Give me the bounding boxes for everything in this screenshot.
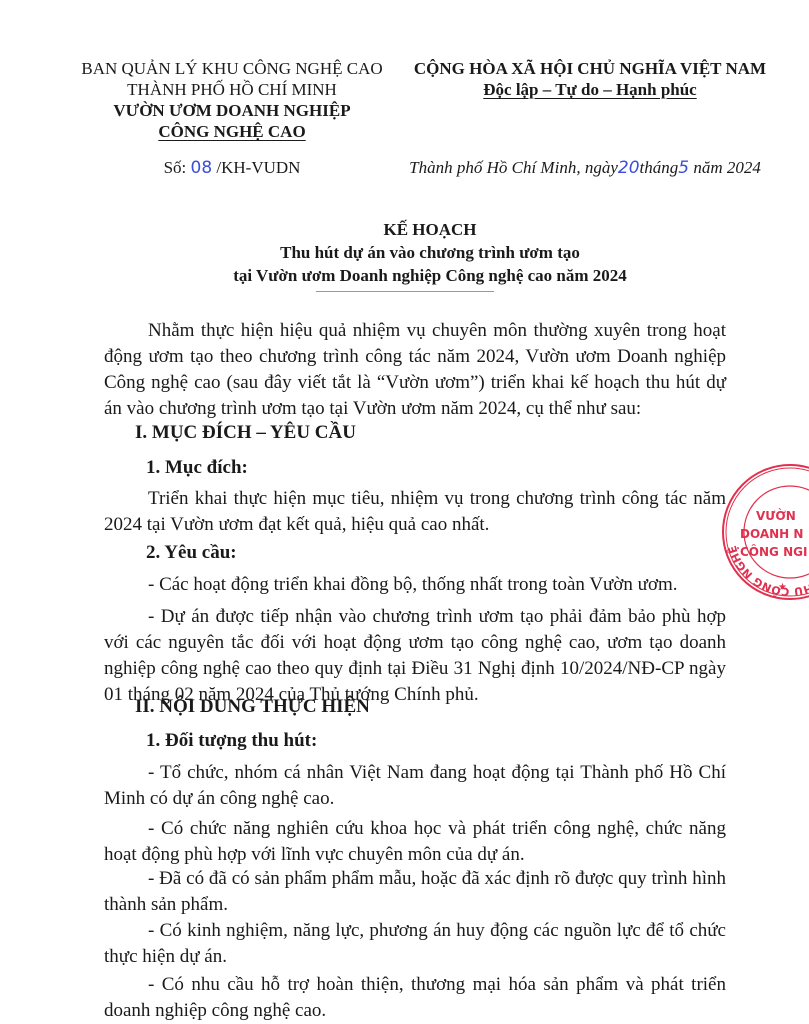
- title-type: KẾ HOẠCH: [120, 218, 740, 241]
- stamp-seal-icon: BAN QUẢN LÝ KHU CÔNG NGHỆ VƯỜN DOANH N C…: [720, 462, 809, 602]
- section-1-sub-1-heading: 1. Mục đích:: [146, 457, 248, 479]
- title-subject-1: Thu hút dự án vào chương trình ươm tạo: [120, 241, 740, 264]
- document-date: Thành phố Hồ Chí Minh, ngày20tháng5 năm …: [400, 158, 770, 178]
- motto: Độc lập – Tự do – Hạnh phúc: [395, 79, 785, 100]
- target-item: - Có chức năng nghiên cứu khoa học và ph…: [104, 816, 726, 868]
- intro-paragraph: Nhằm thực hiện hiệu quả nhiệm vụ chuyên …: [104, 318, 726, 422]
- agency-line-1: BAN QUẢN LÝ KHU CÔNG NGHỆ CAO: [62, 58, 402, 79]
- section-1-sub-1-text: Triển khai thực hiện mục tiêu, nhiệm vụ …: [104, 486, 726, 538]
- official-stamp: BAN QUẢN LÝ KHU CÔNG NGHỆ VƯỜN DOANH N C…: [720, 462, 809, 602]
- target-item: - Tổ chức, nhóm cá nhân Việt Nam đang ho…: [104, 760, 726, 812]
- title-subject-2: tại Vườn ươm Doanh nghiệp Công nghệ cao …: [120, 264, 740, 287]
- section-1-sub-2-heading: 2. Yêu cầu:: [146, 542, 237, 564]
- handwritten-day: 20: [618, 158, 640, 178]
- target-item: - Đã có đã có sản phẩm phẩm mẫu, hoặc đã…: [104, 866, 726, 918]
- agency-line-3: VƯỜN ƯƠM DOANH NGHIỆP: [62, 100, 402, 121]
- section-2-heading: II. NỘI DUNG THỰC HIỆN: [135, 696, 370, 718]
- handwritten-number: 08: [191, 158, 213, 178]
- svg-text:CÔNG NGI: CÔNG NGI: [740, 544, 807, 559]
- section-1-heading: I. MỤC ĐÍCH – YÊU CẦU: [135, 422, 356, 444]
- svg-text:DOANH N: DOANH N: [740, 527, 803, 541]
- title-underline: [316, 291, 494, 292]
- national-motto-block: CỘNG HÒA XÃ HỘI CHỦ NGHĨA VIỆT NAM Độc l…: [395, 58, 785, 100]
- agency-line-2: THÀNH PHỐ HỒ CHÍ MINH: [62, 79, 402, 100]
- section-2-sub-1-heading: 1. Đối tượng thu hút:: [146, 730, 317, 752]
- target-item: - Có nhu cầu hỗ trợ hoàn thiện, thương m…: [104, 972, 726, 1024]
- document-title: KẾ HOẠCH Thu hút dự án vào chương trình …: [120, 218, 740, 287]
- requirement-item: - Các hoạt động triển khai đồng bộ, thốn…: [104, 572, 726, 598]
- issuing-agency-block: BAN QUẢN LÝ KHU CÔNG NGHỆ CAO THÀNH PHỐ …: [62, 58, 402, 142]
- svg-text:BAN QUẢN LÝ KHU CÔNG NGHỆ: BAN QUẢN LÝ KHU CÔNG NGHỆ: [724, 483, 809, 602]
- document-number: Số: 08 /KH-VUDN: [62, 158, 402, 178]
- requirement-item: - Dự án được tiếp nhận vào chương trình …: [104, 604, 726, 708]
- svg-text:★: ★: [778, 582, 787, 593]
- handwritten-month: 5: [678, 158, 689, 178]
- agency-line-4: CÔNG NGHỆ CAO: [62, 121, 402, 142]
- svg-text:VƯỜN: VƯỜN: [756, 508, 796, 523]
- target-item: - Có kinh nghiệm, năng lực, phương án hu…: [104, 918, 726, 970]
- country-name: CỘNG HÒA XÃ HỘI CHỦ NGHĨA VIỆT NAM: [395, 58, 785, 79]
